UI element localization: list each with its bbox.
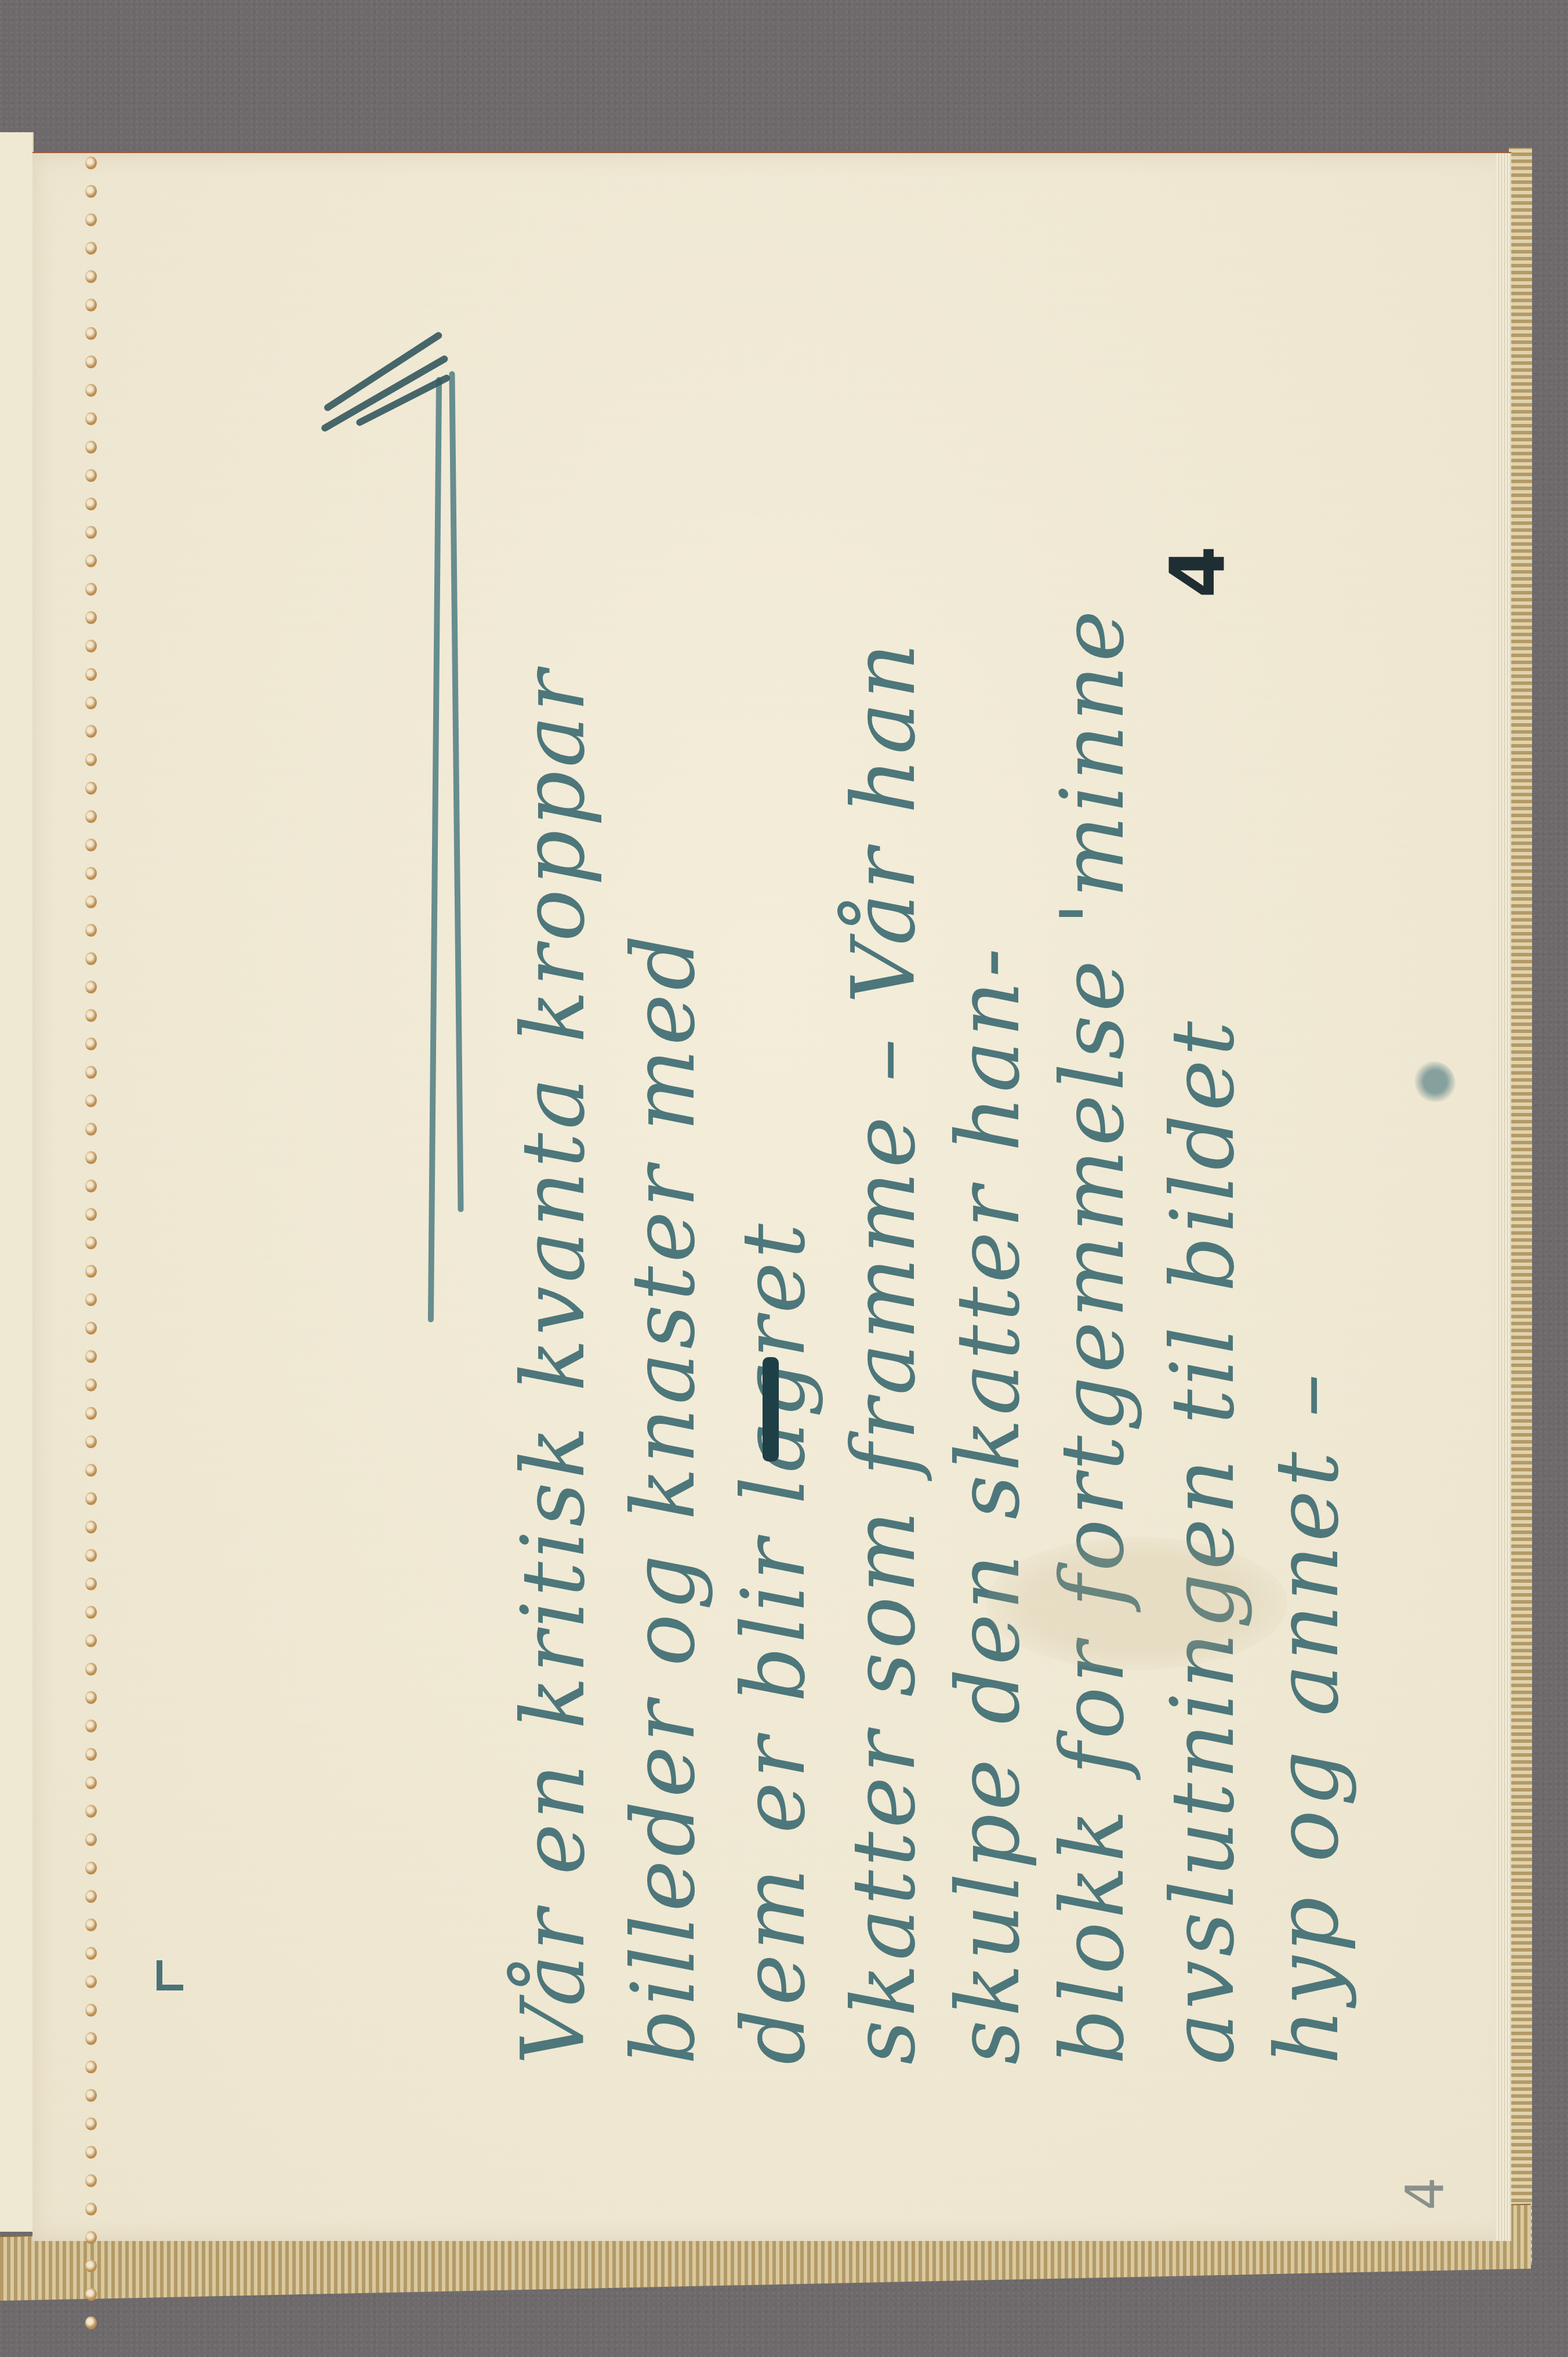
perforation-hole bbox=[85, 2146, 97, 2159]
perforation-hole bbox=[85, 924, 97, 937]
perforation-hole bbox=[85, 867, 97, 880]
perforation-hole bbox=[85, 185, 97, 198]
perforation-hole bbox=[85, 1521, 97, 1533]
perforation-hole bbox=[85, 1833, 97, 1846]
water-stain bbox=[986, 1537, 1287, 1670]
perforation-hole bbox=[85, 526, 97, 539]
perforation-hole bbox=[85, 1634, 97, 1647]
perforation-hole bbox=[85, 441, 97, 454]
perforation-hole bbox=[85, 1947, 97, 1960]
spiral-perforations bbox=[82, 153, 100, 2244]
perforation-hole bbox=[85, 697, 97, 709]
perforation-hole bbox=[85, 640, 97, 652]
perforation-hole bbox=[85, 384, 97, 397]
perforation-hole bbox=[85, 469, 97, 482]
perforation-hole bbox=[85, 1038, 97, 1050]
handwritten-line-2: billeder og knaster med bbox=[620, 931, 707, 2065]
perforation-hole bbox=[85, 1919, 97, 1931]
perforation-hole bbox=[85, 895, 97, 908]
perforation-hole bbox=[85, 157, 97, 169]
page-stack-edges bbox=[1496, 153, 1511, 2241]
perforation-hole bbox=[85, 1123, 97, 1136]
perforation-hole bbox=[85, 1748, 97, 1761]
perforation-hole bbox=[85, 1236, 97, 1249]
corner-bracket-mark bbox=[157, 1960, 183, 1990]
page-number: 4 bbox=[1395, 2177, 1456, 2210]
handwritten-line-8: hyp og annet – bbox=[1264, 1370, 1351, 2065]
perforation-hole bbox=[85, 839, 97, 851]
perforation-hole bbox=[85, 1435, 97, 1448]
perforation-hole bbox=[85, 554, 97, 567]
perforation-hole bbox=[85, 753, 97, 766]
handwritten-line-3: dem er blir lagret bbox=[731, 1220, 818, 2065]
perforation-hole bbox=[85, 1805, 97, 1818]
perforation-hole bbox=[85, 356, 97, 368]
perforation-hole bbox=[85, 242, 97, 255]
handwritten-line-5: skulpe den skatter han- bbox=[945, 945, 1032, 2065]
handwritten-line-6: blokk for fortgemmelse 'minne bbox=[1050, 607, 1137, 2065]
perforation-hole bbox=[85, 270, 97, 283]
perforation-hole bbox=[85, 1407, 97, 1420]
perforation-hole bbox=[85, 2260, 97, 2272]
previous-page-edge bbox=[0, 132, 34, 2232]
perforation-hole bbox=[85, 810, 97, 823]
perforation-hole bbox=[85, 1606, 97, 1619]
perforation-hole bbox=[85, 1890, 97, 1903]
perforation-hole bbox=[85, 1151, 97, 1164]
handwritten-line-4: skatter som framme – Vår han bbox=[841, 640, 928, 2065]
perforation-hole bbox=[85, 1776, 97, 1789]
perforation-hole bbox=[85, 782, 97, 795]
perforation-hole bbox=[85, 1464, 97, 1477]
perforation-hole bbox=[85, 1492, 97, 1505]
perforation-hole bbox=[85, 668, 97, 681]
strikethrough-mark bbox=[763, 1357, 779, 1462]
perforation-hole bbox=[85, 952, 97, 965]
perforation-hole bbox=[85, 2089, 97, 2102]
perforation-hole bbox=[85, 611, 97, 624]
perforation-hole bbox=[85, 299, 97, 311]
handwritten-line-1: Vår en kritisk kvanta kroppar bbox=[510, 667, 597, 2065]
perforation-hole bbox=[85, 1350, 97, 1363]
perforation-hole bbox=[85, 1322, 97, 1335]
perforation-hole bbox=[85, 213, 97, 226]
perforation-hole bbox=[85, 2316, 97, 2329]
ink-numeral-mark: 4 bbox=[1153, 546, 1242, 598]
perforation-hole bbox=[85, 2288, 97, 2301]
perforation-hole bbox=[85, 981, 97, 993]
perforation-hole bbox=[85, 1578, 97, 1590]
perforation-hole bbox=[85, 1720, 97, 1732]
perforation-hole bbox=[85, 1975, 97, 1988]
perforation-hole bbox=[85, 1009, 97, 1022]
perforation-hole bbox=[85, 2231, 97, 2244]
perforation-hole bbox=[85, 583, 97, 596]
perforation-hole bbox=[85, 1094, 97, 1107]
perforation-hole bbox=[85, 498, 97, 510]
perforation-hole bbox=[85, 1549, 97, 1562]
perforation-hole bbox=[85, 1663, 97, 1676]
perforation-hole bbox=[85, 2174, 97, 2187]
perforation-hole bbox=[85, 2061, 97, 2073]
perforation-hole bbox=[85, 1180, 97, 1192]
perforation-hole bbox=[85, 2203, 97, 2215]
perforation-hole bbox=[85, 2032, 97, 2045]
perforation-hole bbox=[85, 327, 97, 340]
cloth-binding-right bbox=[1509, 148, 1532, 2265]
perforation-hole bbox=[85, 1265, 97, 1278]
perforation-hole bbox=[85, 1293, 97, 1306]
perforation-hole bbox=[85, 1066, 97, 1079]
perforation-hole bbox=[85, 2117, 97, 2130]
perforation-hole bbox=[85, 1379, 97, 1391]
perforation-hole bbox=[85, 412, 97, 425]
perforation-hole bbox=[85, 1691, 97, 1704]
perforation-hole bbox=[85, 1208, 97, 1221]
perforation-hole bbox=[85, 1862, 97, 1874]
perforation-hole bbox=[85, 2004, 97, 2017]
perforation-hole bbox=[85, 725, 97, 738]
